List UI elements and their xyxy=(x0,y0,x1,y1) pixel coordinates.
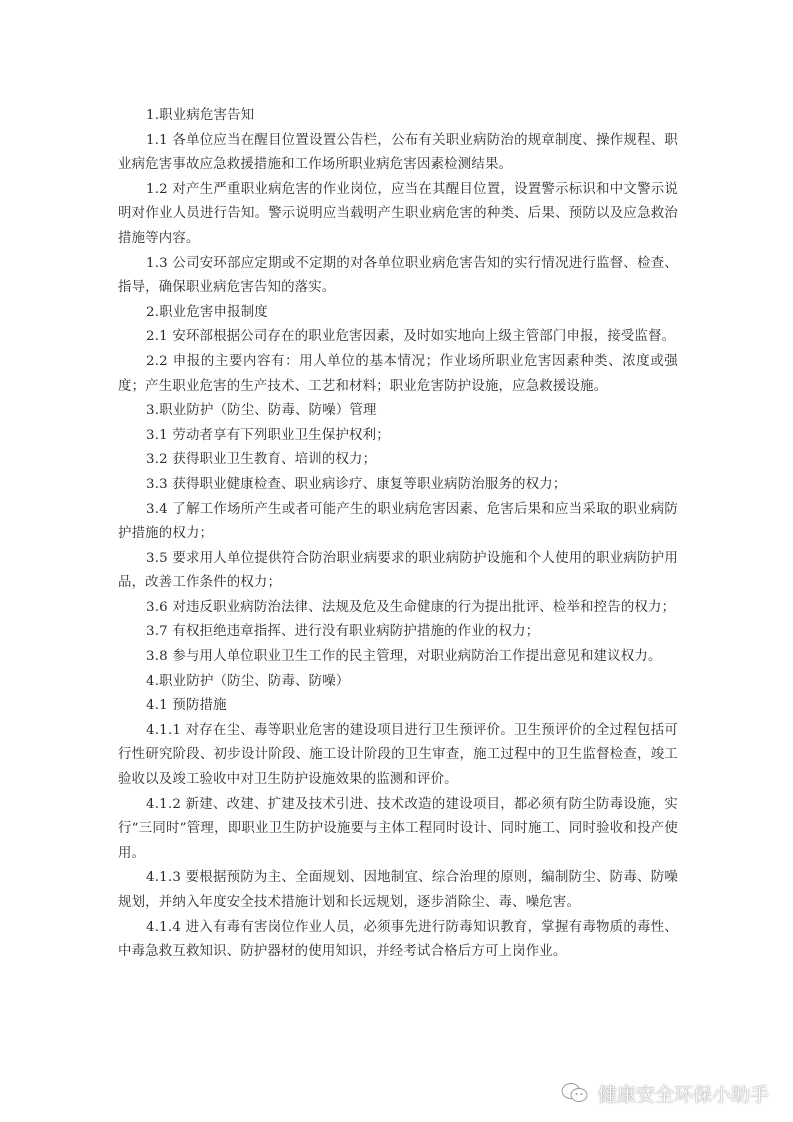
paragraph-2-2: 2.2 申报的主要内容有：用人单位的基本情况；作业场所职业危害因素种类、浓度或强… xyxy=(118,350,678,399)
paragraph-3-7: 3.7 有权拒绝违章指挥、进行没有职业病防护措施的作业的权力； xyxy=(118,620,678,645)
paragraph-3-2: 3.2 获得职业卫生教育、培训的权力； xyxy=(118,448,678,473)
watermark: 健康安全环保小助手 xyxy=(560,1078,769,1108)
heading-2: 2.职业危害申报制度 xyxy=(118,301,678,326)
paragraph-3-6: 3.6 对违反职业病防治法律、法规及危及生命健康的行为提出批评、检举和控告的权力… xyxy=(118,596,678,621)
heading-4-1: 4.1 预防措施 xyxy=(118,694,678,719)
paragraph-3-8: 3.8 参与用人单位职业卫生工作的民主管理，对职业病防治工作提出意见和建议权力。 xyxy=(118,645,678,670)
heading-3: 3.职业防护（防尘、防毒、防噪）管理 xyxy=(118,399,678,424)
paragraph-3-5: 3.5 要求用人单位提供符合防治职业病要求的职业病防护设施和个人使用的职业病防护… xyxy=(118,547,678,596)
heading-1: 1.职业病危害告知 xyxy=(118,104,678,129)
paragraph-4-1-3: 4.1.3 要根据预防为主、全面规划、因地制宜、综合治理的原则，编制防尘、防毒、… xyxy=(118,866,678,915)
watermark-text: 健康安全环保小助手 xyxy=(598,1080,769,1107)
paragraph-4-1-1: 4.1.1 对存在尘、毒等职业危害的建设项目进行卫生预评价。卫生预评价的全过程包… xyxy=(118,719,678,793)
paragraph-3-3: 3.3 获得职业健康检查、职业病诊疗、康复等职业病防治服务的权力； xyxy=(118,473,678,498)
paragraph-3-4: 3.4 了解工作场所产生或者可能产生的职业病危害因素、危害后果和应当采取的职业病… xyxy=(118,498,678,547)
paragraph-4-1-4: 4.1.4 进入有毒有害岗位作业人员，必须事先进行防毒知识教育，掌握有毒物质的毒… xyxy=(118,916,678,965)
paragraph-2-1: 2.1 安环部根据公司存在的职业危害因素，及时如实地向上级主管部门申报，接受监督… xyxy=(118,325,678,350)
paragraph-1-1: 1.1 各单位应当在醒目位置设置公告栏，公布有关职业病防治的规章制度、操作规程、… xyxy=(118,129,678,178)
wechat-icon xyxy=(560,1081,590,1105)
paragraph-1-2: 1.2 对产生严重职业病危害的作业岗位，应当在其醒目位置，设置警示标识和中文警示… xyxy=(118,178,678,252)
paragraph-1-3: 1.3 公司安环部应定期或不定期的对各单位职业病危害告知的实行情况进行监督、检查… xyxy=(118,252,678,301)
paragraph-4-1-2: 4.1.2 新建、改建、扩建及技术引进、技术改造的建设项目，都必须有防尘防毒设施… xyxy=(118,793,678,867)
heading-4: 4.职业防护（防尘、防毒、防噪） xyxy=(118,670,678,695)
document-body: 1.职业病危害告知 1.1 各单位应当在醒目位置设置公告栏，公布有关职业病防治的… xyxy=(118,104,678,965)
paragraph-3-1: 3.1 劳动者享有下列职业卫生保护权利； xyxy=(118,424,678,449)
